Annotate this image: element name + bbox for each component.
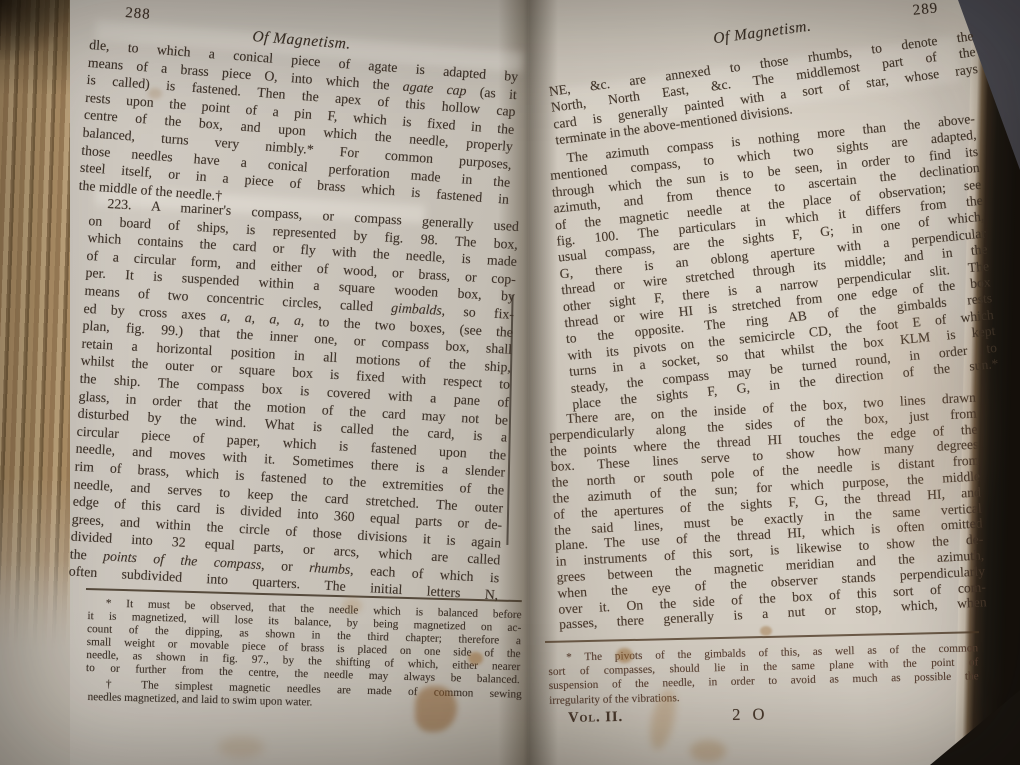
background-corner-top-left: [0, 0, 70, 60]
volume-label: Vol. II.: [568, 709, 623, 727]
left-footnote-1: * It must be observed, that the needle w…: [86, 597, 522, 688]
right-paragraph-2: The azimuth compass is nothing more than…: [548, 111, 999, 413]
left-paragraph-2: 223. A mariner's compass, or compass gen…: [68, 194, 519, 604]
right-paragraph-3: There are, on the inside of the box, two…: [548, 390, 987, 633]
right-footnote-1: * The pivots of the gimbalds of this, as…: [548, 641, 979, 708]
signature-mark: 2 O: [732, 704, 769, 725]
book-photo: 288 Of Magnetism. dle, to which a conica…: [0, 0, 1020, 765]
